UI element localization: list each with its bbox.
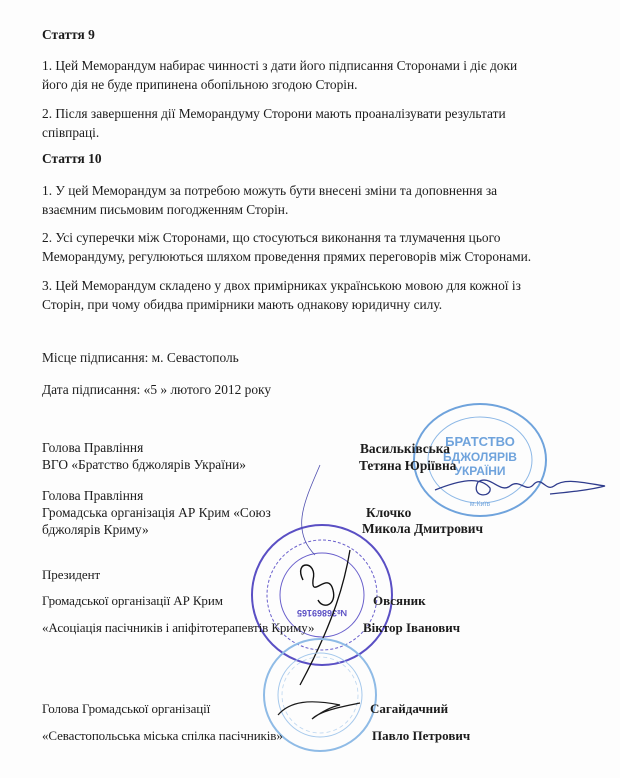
article-10-paragraph-2-line-1: 2. Усі суперечки між Сторонами, що стосу… [42,228,500,248]
article-9-paragraph-1-line-2: його дія не буде припинена обопільною зг… [42,75,358,95]
signatory-4-title: Голова Громадської організації [42,701,210,717]
svg-text:БРАТСТВО: БРАТСТВО [445,434,515,449]
article-10-paragraph-1-line-2: взаємним письмовим погодженням Сторін. [42,200,288,220]
article-10-paragraph-2-line-2: Меморандуму, регулюються шляхом проведен… [42,247,531,267]
signatory-1-given-names: Тетяна Юріївна [359,458,456,474]
signatory-1-organization: ВГО «Братство бджолярів України» [42,455,246,475]
signatory-3-given-names: Віктор Іванович [363,620,460,636]
signatory-2-organization-line-2: бджолярів Криму» [42,520,149,540]
signatory-2-given-names: Микола Дмитрович [362,521,483,537]
signing-place: Місце підписання: м. Севастополь [42,348,239,368]
signatory-3-organization-line-1: Громадської організації АР Крим [42,593,223,609]
signatory-3-surname: Овсяник [373,593,426,609]
signatory-4-given-names: Павло Петрович [372,728,470,744]
signatory-3-title: Президент [42,567,100,583]
signatory-4-organization: «Севастопольська міська спілка пасічникі… [42,728,283,744]
article-9-heading: Стаття 9 [42,27,95,43]
signatory-1-surname: Васильківська [360,441,450,457]
signature-vasylkivska [430,468,610,508]
signatory-4-surname: Сагайдачний [370,701,448,717]
article-10-paragraph-1-line-1: 1. У цей Меморандум за потребою можуть б… [42,181,497,201]
article-9-paragraph-2-line-1: 2. Після завершення дії Меморандуму Стор… [42,104,506,124]
article-9-paragraph-2-line-2: співпраці. [42,123,99,143]
signatory-3-organization-line-2: «Асоціація пасічників і апіфітотерапевті… [42,620,314,636]
signing-date: Дата підписання: «5 » лютого 2012 року [42,380,271,400]
article-9-paragraph-1-line-1: 1. Цей Меморандум набирає чинності з дат… [42,56,517,76]
signatory-2-surname: Клочко [366,505,411,521]
article-10-paragraph-3-line-1: 3. Цей Меморандум складено у двох примір… [42,276,521,296]
article-10-paragraph-3-line-2: Сторін, при чому обидва примірники мають… [42,295,442,315]
article-10-heading: Стаття 10 [42,151,102,167]
